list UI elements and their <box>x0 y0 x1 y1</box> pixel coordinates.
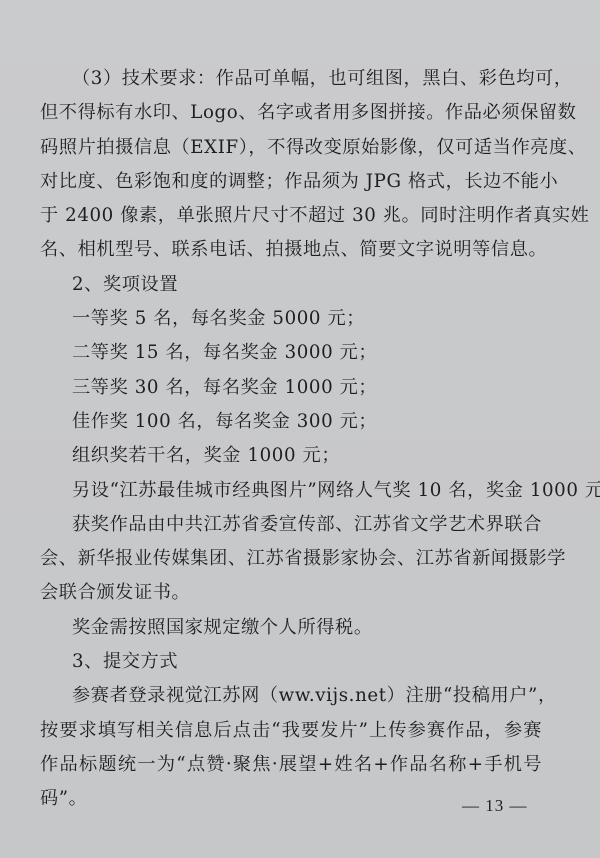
paragraph-submission-line-3: 作品标题统一为“点赞·聚焦·展望+姓名+作品名称+手机号 <box>40 748 542 782</box>
award-organization: 组织奖若干名，奖金 1000 元； <box>40 439 542 473</box>
paragraph-certificates-line-2: 会、新华报业传媒集团、江苏省摄影家协会、江苏省新闻摄影学 <box>40 542 542 576</box>
section-heading-awards: 2、奖项设置 <box>40 268 542 302</box>
paragraph-technical-requirements-line-1: （3）技术要求：作品可单幅，也可组图，黑白、彩色均可， <box>40 62 542 96</box>
paragraph-technical-requirements-line-6: 名、相机型号、联系电话、拍摄地点、简要文字说明等信息。 <box>40 233 542 267</box>
paragraph-certificates-line-3: 会联合颁发证书。 <box>40 576 542 610</box>
page-number: — 13 — <box>462 796 528 816</box>
paragraph-technical-requirements-line-5: 于 2400 像素，单张照片尺寸不超过 30 兆。同时注明作者真实姓 <box>40 199 542 233</box>
paragraph-submission-line-1: 参赛者登录视觉江苏网（ww.vijs.net）注册“投稿用户”， <box>40 679 542 713</box>
document-page: （3）技术要求：作品可单幅，也可组图，黑白、彩色均可， 但不得标有水印、Logo… <box>40 62 542 817</box>
paragraph-submission-line-2: 按要求填写相关信息后点击“我要发片”上传参赛作品，参赛 <box>40 714 542 748</box>
paragraph-technical-requirements-line-3: 码照片拍摄信息（EXIF），不得改变原始影像，仅可适当作亮度、 <box>40 131 542 165</box>
paragraph-technical-requirements-line-4: 对比度、色彩饱和度的调整；作品须为 JPG 格式，长边不能小 <box>40 165 542 199</box>
award-second-prize: 二等奖 15 名，每名奖金 3000 元； <box>40 336 542 370</box>
paragraph-technical-requirements-line-2: 但不得标有水印、Logo、名字或者用多图拼接。作品必须保留数 <box>40 96 542 130</box>
award-online-popularity: 另设“江苏最佳城市经典图片”网络人气奖 10 名，奖金 1000 元。 <box>40 474 542 508</box>
award-honorable-mention: 佳作奖 100 名，每名奖金 300 元； <box>40 405 542 439</box>
award-first-prize: 一等奖 5 名，每名奖金 5000 元； <box>40 302 542 336</box>
paragraph-certificates-line-1: 获奖作品由中共江苏省委宣传部、江苏省文学艺术界联合 <box>40 508 542 542</box>
paragraph-tax-note: 奖金需按照国家规定缴个人所得税。 <box>40 611 542 645</box>
award-third-prize: 三等奖 30 名，每名奖金 1000 元； <box>40 371 542 405</box>
section-heading-submission: 3、提交方式 <box>40 645 542 679</box>
